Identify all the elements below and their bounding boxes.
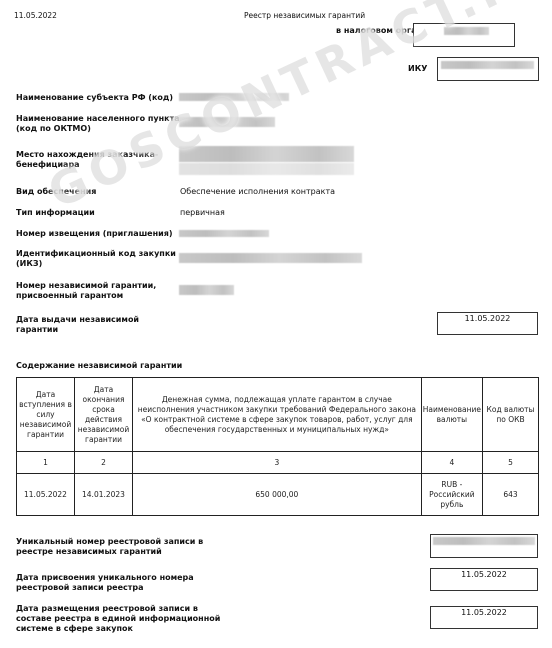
table-header-row: Дата вступления в силу независимой гаран… — [17, 378, 539, 452]
column-header: Дата вступления в силу независимой гаран… — [17, 378, 75, 452]
field-label-subject: Наименование субъекта РФ (код) — [16, 93, 181, 103]
iku-label: ИКУ — [408, 64, 427, 74]
column-number: 1 — [17, 452, 75, 474]
print-date: 11.05.2022 — [14, 11, 57, 20]
registry-assign-date-label: Дата присвоения уникального номера реест… — [16, 573, 206, 593]
cell-currency-code: 643 — [483, 474, 539, 516]
field-label-guarantee-number: Номер независимой гарантии, присвоенный … — [16, 281, 181, 301]
column-number-row: 1 2 3 4 5 — [17, 452, 539, 474]
field-label-ikz: Идентификационный код закупки (ИКЗ) — [16, 249, 186, 269]
field-value-security-type: Обеспечение исполнения контракта — [180, 187, 335, 197]
field-label-security-type: Вид обеспечения — [16, 187, 96, 197]
column-number: 2 — [75, 452, 133, 474]
cell-currency-name: RUB - Российский рубль — [421, 474, 482, 516]
redacted-value — [433, 537, 535, 545]
field-value-location-redacted — [179, 146, 354, 162]
content-section-title: Содержание независимой гарантии — [16, 361, 182, 371]
registry-placement-date-label: Дата размещения реестровой записи в сост… — [16, 604, 226, 634]
field-value-location-redacted-2 — [179, 163, 354, 175]
column-number: 5 — [483, 452, 539, 474]
issue-date-label: Дата выдачи независимой гарантии — [16, 315, 151, 335]
column-number: 3 — [133, 452, 422, 474]
registry-assign-date-field: 11.05.2022 — [430, 568, 538, 591]
field-value-subject-redacted — [179, 93, 289, 101]
column-header: Код валюты по ОКВ — [483, 378, 539, 452]
column-header: Дата окончания срока действия независимо… — [75, 378, 133, 452]
field-value-notice-redacted — [179, 230, 269, 237]
field-value-guarantee-redacted — [179, 285, 234, 295]
field-value-info-type: первичная — [180, 208, 225, 218]
document-title: Реестр независимых гарантий — [244, 11, 365, 20]
registry-number-label: Уникальный номер реестровой записи в рее… — [16, 537, 216, 557]
field-value-ikz-redacted — [179, 253, 362, 263]
iku-field — [437, 57, 539, 81]
column-number: 4 — [421, 452, 482, 474]
table-row: 11.05.2022 14.01.2023 650 000,00 RUB - Р… — [17, 474, 539, 516]
column-header: Наименование валюты — [421, 378, 482, 452]
issue-date-field: 11.05.2022 — [437, 312, 538, 335]
field-label-info-type: Тип информации — [16, 208, 95, 218]
cell-start-date: 11.05.2022 — [17, 474, 75, 516]
redacted-value — [441, 61, 534, 69]
field-label-notice-number: Номер извещения (приглашения) — [16, 229, 173, 239]
cell-end-date: 14.01.2023 — [75, 474, 133, 516]
field-label-location: Место нахождения заказчика-бенефициара — [16, 150, 176, 170]
registry-placement-date-field: 11.05.2022 — [430, 606, 538, 629]
redacted-value — [444, 27, 489, 35]
registry-number-field — [430, 534, 538, 558]
field-label-settlement: Наименование населенного пункта (код по … — [16, 114, 186, 134]
field-value-settlement-redacted — [179, 117, 275, 127]
guarantee-content-table: Дата вступления в силу независимой гаран… — [16, 377, 539, 516]
tax-authority-field — [413, 23, 515, 47]
column-header: Денежная сумма, подлежащая уплате гарант… — [133, 378, 422, 452]
cell-amount: 650 000,00 — [133, 474, 422, 516]
